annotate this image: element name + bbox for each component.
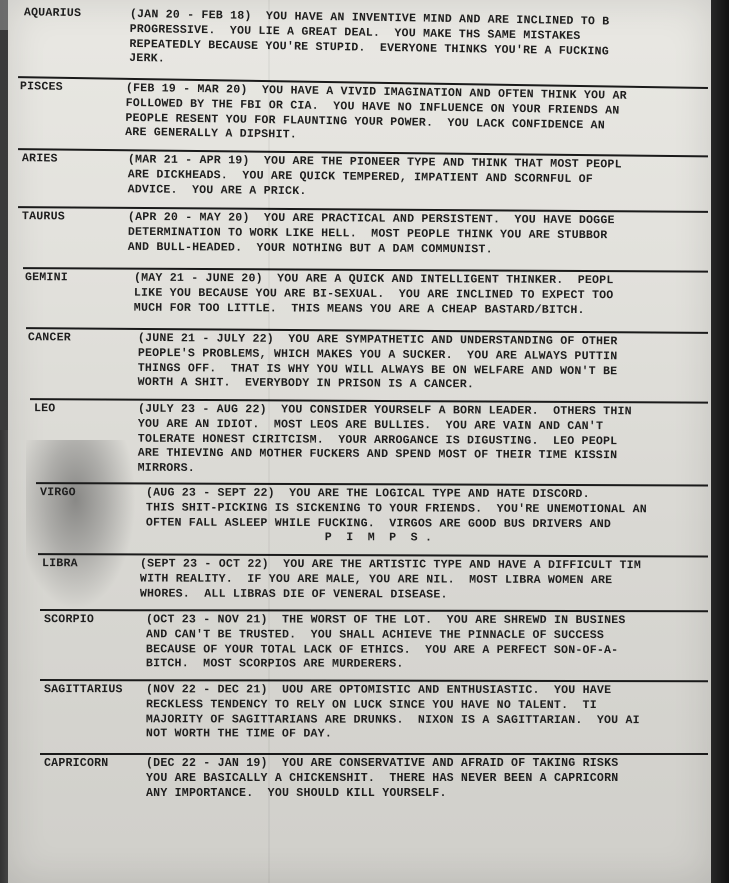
text-line: (DEC 22 - JAN 19) YOU ARE CONSERVATIVE A… (146, 757, 618, 772)
separator-rule (40, 679, 708, 682)
line-text: YOU ARE SYMPATHETIC AND UNDERSTANDING OF… (274, 333, 618, 348)
background-right (709, 0, 729, 883)
text-line: BITCH. MOST SCORPIOS ARE MURDERERS. (146, 658, 626, 674)
line-text: UOU ARE OPTOMISTIC AND ENTHUSIASTIC. YOU… (268, 683, 612, 697)
horoscope-text: (JULY 23 - AUG 22) YOU CONSIDER YOURSELF… (138, 403, 632, 480)
line-text: YOU ARE THE PIONEER TYPE AND THINK THAT … (250, 155, 622, 172)
sign-name: GEMINI (25, 271, 68, 286)
separator-rule (30, 398, 708, 404)
sign-name: PISCES (20, 80, 63, 95)
line-text: YOU ARE THE LOGICAL TYPE AND HATE DISCOR… (275, 487, 590, 501)
line-text: YOU ARE CONSERVATIVE AND AFRAID OF TAKIN… (268, 757, 619, 770)
horoscope-entry-aquarius: AQUARIUS(JAN 20 - FEB 18) YOU HAVE AN IN… (8, 6, 711, 17)
text-line: (SEPT 23 - OCT 22) YOU ARE THE ARTISTIC … (140, 557, 641, 574)
sign-name: LEO (34, 402, 56, 417)
text-line: YOU ARE BASICALLY A CHICKENSHIT. THERE H… (146, 772, 618, 787)
text-line: OFTEN FALL ASLEEP WHILE FUCKING. VIRGOS … (146, 516, 647, 533)
horoscope-entry-pisces: PISCES(FEB 19 - MAR 20) YOU HAVE A VIVID… (8, 80, 711, 91)
separator-rule (38, 553, 708, 557)
sign-name: CANCER (28, 331, 71, 346)
text-line: THIS SHIT-PICKING IS SICKENING TO YOUR F… (146, 501, 647, 518)
text-line: ANY IMPORTANCE. YOU SHOULD KILL YOURSELF… (146, 787, 618, 802)
horoscope-text: (JAN 20 - FEB 18) YOU HAVE AN INVENTIVE … (129, 8, 609, 75)
date-range: (SEPT 23 - OCT 22) (140, 557, 269, 570)
separator-rule (36, 482, 708, 486)
horoscope-text: (SEPT 23 - OCT 22) YOU ARE THE ARTISTIC … (140, 557, 641, 603)
sign-name: VIRGO (40, 486, 76, 501)
horoscope-entry-scorpio: SCORPIO(OCT 23 - NOV 21) THE WORST OF TH… (8, 613, 711, 614)
horoscope-text: (AUG 23 - SEPT 22) YOU ARE THE LOGICAL T… (146, 486, 647, 547)
text-line: WHORES. ALL LIBRAS DIE OF VENERAL DISEAS… (140, 587, 641, 604)
horoscope-entry-cancer: CANCER(JUNE 21 - JULY 22) YOU ARE SYMPAT… (8, 331, 711, 336)
horoscope-entry-leo: LEO(JULY 23 - AUG 22) YOU CONSIDER YOURS… (8, 402, 711, 406)
horoscope-text: (DEC 22 - JAN 19) YOU ARE CONSERVATIVE A… (146, 757, 618, 801)
horoscope-entry-gemini: GEMINI(MAY 21 - JUNE 20) YOU ARE A QUICK… (8, 271, 711, 275)
horoscope-entry-libra: LIBRA(SEPT 23 - OCT 22) YOU ARE THE ARTI… (8, 557, 711, 559)
line-text: YOU CONSIDER YOURSELF A BORN LEADER. OTH… (267, 403, 632, 418)
horoscope-text: (OCT 23 - NOV 21) THE WORST OF THE LOT. … (146, 613, 626, 673)
horoscope-entry-aries: ARIES(MAR 21 - APR 19) YOU ARE THE PIONE… (8, 152, 711, 159)
text-line: BECAUSE OF YOUR TOTAL LACK OF ETHICS. YO… (146, 643, 626, 659)
separator-rule (23, 267, 708, 273)
line-text: YOU ARE A QUICK AND INTELLIGENT THINKER.… (263, 272, 614, 287)
date-range: (AUG 23 - SEPT 22) (146, 486, 275, 499)
water-stain (26, 440, 136, 610)
text-line: P I M P S . (146, 531, 647, 548)
sign-name: TAURUS (22, 210, 65, 225)
sign-name: SAGITTARIUS (44, 683, 123, 698)
text-line: (OCT 23 - NOV 21) THE WORST OF THE LOT. … (146, 613, 626, 629)
date-range: (APR 20 - MAY 20) (128, 211, 250, 225)
sign-name: AQUARIUS (24, 6, 81, 22)
text-line: WITH REALITY. IF YOU ARE MALE, YOU ARE N… (140, 572, 641, 589)
separator-rule (40, 753, 708, 755)
horoscope-entry-virgo: VIRGO(AUG 23 - SEPT 22) YOU ARE THE LOGI… (8, 486, 711, 488)
text-line: RECKLESS TENDENCY TO RELY ON LUCK SINCE … (146, 698, 640, 714)
horoscope-text: (FEB 19 - MAR 20) YOU HAVE A VIVID IMAGI… (125, 82, 627, 149)
text-line: AND CAN'T BE TRUSTED. YOU SHALL ACHIEVE … (146, 628, 626, 644)
horoscope-entry-taurus: TAURUS(APR 20 - MAY 20) YOU ARE PRACTICA… (8, 210, 711, 215)
text-line: MAJORITY OF SAGITTARIANS ARE DRUNKS. NIX… (146, 713, 640, 729)
text-line: (NOV 22 - DEC 21) UOU ARE OPTOMISTIC AND… (146, 683, 640, 699)
date-range: (MAY 21 - JUNE 20) (134, 272, 263, 286)
horoscope-entry-sagittarius: SAGITTARIUS(NOV 22 - DEC 21) UOU ARE OPT… (8, 683, 711, 684)
text-line: NOT WORTH THE TIME OF DAY. (146, 728, 640, 744)
horoscope-text: (APR 20 - MAY 20) YOU ARE PRACTICAL AND … (128, 211, 615, 259)
date-range: (DEC 22 - JAN 19) (146, 757, 268, 770)
text-line: MIRRORS. (138, 462, 632, 479)
date-range: (FEB 19 - MAR 20) (126, 82, 248, 97)
horoscope-text: (MAY 21 - JUNE 20) YOU ARE A QUICK AND I… (134, 272, 614, 319)
text-line: WORTH A SHIT. EVERYBODY IN PRISON IS A C… (138, 376, 618, 394)
sign-name: ARIES (22, 152, 58, 167)
sign-name: LIBRA (42, 557, 78, 572)
date-range: (JAN 20 - FEB 18) (130, 8, 252, 23)
line-text: THE WORST OF THE LOT. YOU ARE SHREWD IN … (268, 613, 626, 627)
separator-rule (40, 609, 708, 612)
text-line: ARE THIEVING AND MOTHER FUCKERS AND SPEN… (138, 447, 632, 464)
text-line: MUCH FOR TOO LITTLE. THIS MEANS YOU ARE … (134, 301, 614, 318)
date-range: (OCT 23 - NOV 21) (146, 613, 268, 626)
paper-sheet: AQUARIUS(JAN 20 - FEB 18) YOU HAVE AN IN… (8, 0, 711, 883)
horoscope-text: (JUNE 21 - JULY 22) YOU ARE SYMPATHETIC … (138, 332, 618, 395)
horoscope-text: (NOV 22 - DEC 21) UOU ARE OPTOMISTIC AND… (146, 683, 640, 743)
sign-name: CAPRICORN (44, 757, 108, 772)
horoscope-text: (MAR 21 - APR 19) YOU ARE THE PIONEER TY… (128, 153, 622, 203)
line-text: YOU ARE PRACTICAL AND PERSISTENT. YOU HA… (250, 212, 615, 228)
date-range: (JULY 23 - AUG 22) (138, 403, 267, 417)
line-text: YOU ARE THE ARTISTIC TYPE AND HAVE A DIF… (269, 558, 641, 572)
date-range: (MAR 21 - APR 19) (128, 153, 250, 167)
date-range: (JUNE 21 - JULY 22) (138, 332, 274, 346)
text-line: (AUG 23 - SEPT 22) YOU ARE THE LOGICAL T… (146, 486, 647, 503)
date-range: (NOV 22 - DEC 21) (146, 683, 268, 696)
sign-name: SCORPIO (44, 613, 94, 628)
